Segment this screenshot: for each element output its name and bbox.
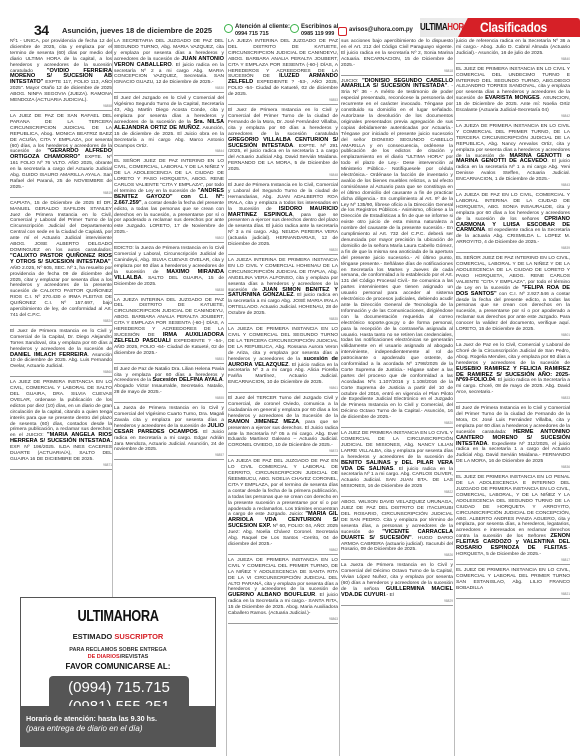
legal-notice: El Juez de Primera Instancia en lo Civil… (228, 107, 338, 180)
column-2: LA SECRETARIA DEL JUZGADO DE PAZ DEL SEG… (114, 38, 224, 596)
ad-hours: Horario de atención: hasta las 9.30 hs. (26, 714, 210, 724)
column-1: Nº1 - UNICA, por providencia de fecha 12… (10, 38, 112, 588)
ad-headline: ESTIMADO SUSCRIPTOR (21, 632, 215, 641)
legal-notice: LA JUEZA INTERINA DEL JUZGADO DE PAZ DEL… (228, 38, 338, 105)
legal-notice: LA JUEZA DE PRIMERA INSTANCIA EN LO CIVI… (228, 557, 338, 624)
write-us-label: Escribinos al (301, 24, 338, 31)
legal-notice: La Jueza de Primera Instancia en lo Civi… (341, 562, 453, 605)
customer-service-contact: Atención al cliente: 0994 715 715 (224, 24, 290, 38)
publication-date: Asunción, jueves 18 de diciembre de 2025 (62, 26, 212, 35)
legal-notice: EL JUEZ DE PRIMERA INSTANCIA EN LO CIVIL… (456, 567, 570, 599)
ad-phone-1[interactable]: (0994) 715.715 (49, 678, 189, 697)
column-6: juicio de referencia radica en la Secret… (456, 38, 570, 754)
legal-notice: LA JUEZA DE PAZ EN LO CIVIL, COMERCIAL Y… (456, 192, 570, 253)
legal-notice: LA JUEZ DE PRIMERA INSTANCIA EN LO CIVIL… (10, 379, 112, 470)
ad-call-to-action: FAVOR COMUNICARSE AL: (21, 662, 215, 671)
write-us-phone[interactable]: 0985 119 999 (301, 31, 338, 38)
legal-notice: EDICTO: la Jueza de Primera Instancia en… (114, 245, 224, 294)
whatsapp-icon (290, 24, 299, 33)
legal-notice: LA JUEZ DE PRIMERA INSTANCIA EN LO CIVIL… (341, 430, 453, 497)
legal-notice: La Juez de Paz en lo Civil, Comercial y … (456, 342, 570, 403)
column-3: LA JUEZA INTERINA DEL JUZGADO DE PAZ DEL… (228, 38, 338, 754)
legal-notice: El Juez de Primera Instancia en lo Civil… (10, 328, 112, 377)
legal-notice: El Juez del TERCER Turno del Juzgado Civ… (228, 395, 338, 456)
customer-service-label: Atención al cliente: (235, 24, 290, 31)
customer-service-phone[interactable]: 0994 715 715 (235, 31, 290, 38)
legal-notice: Nº1 - UNICA, por providencia de fecha 12… (10, 38, 112, 111)
legal-notice: LA JUEZA DE PRIMERA INSTANCIA EN LO CIVI… (228, 326, 338, 393)
column-5-real: sus acciones bajo apercibimiento de lo d… (341, 38, 453, 754)
ad-complaints-text: PARA RECLAMOS SOBRE ENTREGA DE DIARIOS/R… (21, 647, 215, 660)
legal-notice: JUICIO: "DIONISIO SEGUNDO CABELLO AMARIL… (341, 78, 453, 429)
legal-notice: El Juez de Primera Instancia en lo Civil… (456, 405, 570, 472)
legal-notice: La Jueza de Primera Instancia en lo Civi… (114, 405, 224, 460)
email-icon (338, 27, 347, 36)
legal-notice: ABOG. WILSON DAVID VELAZQUEZ URUNAGA, JU… (341, 499, 453, 560)
column-divider (112, 38, 113, 598)
legal-notice: sus acciones bajo apercibimiento de lo d… (341, 38, 453, 76)
email-contact: avisos@uhora.com.py (338, 27, 413, 36)
legal-notice: El Juez del Juzgado en lo Civil y Comerc… (114, 95, 224, 156)
whatsapp-icon (224, 24, 233, 33)
legal-notice: El Juez de Paz de Natalio Dra. Lilian He… (114, 366, 224, 404)
email-address[interactable]: avisos@uhora.com.py (349, 27, 413, 34)
ad-hours-note: (para entrega de diario en el día) (26, 724, 210, 734)
ad-hours-banner: Horario de atención: hasta las 9.30 hs. … (20, 706, 216, 746)
legal-notice: juicio de referencia radica en la Secret… (456, 38, 570, 64)
legal-notice: EL SEÑOR JUEZ DE PAZ INTERINO EN LO CIVI… (456, 255, 570, 340)
column-divider (339, 38, 340, 756)
page-header: 34 Asunción, jueves 18 de diciembre de 2… (0, 0, 580, 37)
column-divider (226, 38, 227, 756)
column-divider (454, 38, 455, 756)
legal-notice: LA JUEZA INTERINA DE PRIMERA INSTANCIA E… (228, 257, 338, 324)
legal-notice: LA JUEZA DE PAZ DEL JUZGADO DE PAZ EN LO… (228, 458, 338, 555)
write-us-contact: Escribinos al 0985 119 999 (290, 24, 338, 38)
section-title: Clasificados (480, 19, 547, 35)
legal-notice: El Juez de Primera Instancia en lo Civil… (228, 182, 338, 255)
legal-notice: LA JUEZA DE PRIMERA INSTANCIA EN LO CIVI… (456, 123, 570, 190)
legal-notice: EL JUEZ DE PRIMERA INSTANCIA EN LO PENAL… (456, 474, 570, 565)
legal-notice: LA JUEZ DE PAZ DE SAN RAFAEL DEL PARANA … (10, 113, 112, 198)
legal-notice: LA SECRETARIA DEL JUZGADO DE PAZ DEL SEG… (114, 38, 224, 93)
legal-notice: CAPIATA, 15 de Diciembre de 2025 El DR. … (10, 200, 112, 326)
legal-notice: LA JUEZA INTERINA DEL JUZGADO DE PAZ DEL… (114, 297, 224, 364)
brand-logo: ULTIMAHORA (420, 22, 469, 33)
ad-logo: ULTIMAHORA (40, 608, 195, 626)
legal-notice: EL SEÑOR JUEZ DE PAZ INTERINO EN LO CIVI… (114, 158, 224, 243)
legal-notice: EL JUEZ DE PRIMERA INSTANCIA EN LO CIVIL… (456, 66, 570, 121)
page-number: 34 (34, 22, 49, 38)
